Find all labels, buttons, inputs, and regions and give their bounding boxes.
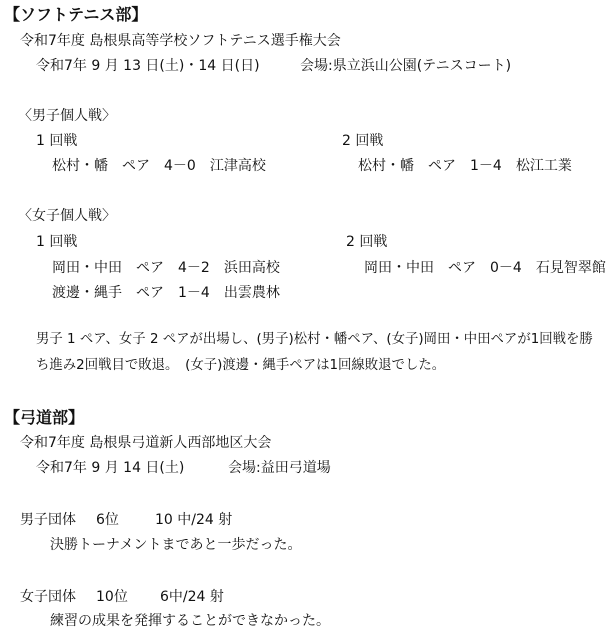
summary-line-1: 男子 1 ペア、女子 2 ペアが出場し、(男子)松村・幡ペア、(女子)岡田・中田…	[36, 331, 593, 349]
summary-line-2: ち進み2回戦目で敗退。 (女子)渡邊・縄手ペアは1回線敗退でした。	[36, 357, 445, 375]
boys-round1-match: 松村・幡 ペア 4－0 江津高校	[52, 157, 266, 175]
section-heading: 【ソフトテニス部】	[4, 6, 147, 24]
boys-team-comment: 決勝トーナメントまであと一歩だった。	[50, 536, 301, 554]
girls-team-label: 女子団体	[20, 588, 76, 606]
girls-individual-label: 〈女子個人戦〉	[18, 207, 116, 225]
boys-team-score: 10 中/24 射	[155, 511, 232, 529]
girls-team-rank: 10位	[96, 588, 128, 606]
section-heading: 【弓道部】	[4, 409, 84, 427]
boys-round1-label: 1 回戦	[36, 132, 77, 150]
boys-team-rank: 6位	[96, 511, 119, 529]
boys-round2-match: 松村・幡 ペア 1－4 松江工業	[358, 157, 572, 175]
girls-round1-match: 渡邊・縄手 ペア 1－4 出雲農林	[52, 284, 280, 302]
boys-team-label: 男子団体	[20, 511, 76, 529]
event-venue: 会場:県立浜山公園(テニスコート)	[300, 57, 511, 75]
event-title: 令和7年度 島根県高等学校ソフトテニス選手権大会	[20, 32, 341, 50]
boys-individual-label: 〈男子個人戦〉	[18, 107, 116, 125]
boys-round2-label: 2 回戦	[342, 132, 383, 150]
girls-round2-match: 岡田・中田 ペア 0－4 石見智翠館	[364, 259, 606, 277]
event-title: 令和7年度 島根県弓道新人西部地区大会	[20, 434, 271, 452]
girls-team-comment: 練習の成果を発揮することができなかった。	[50, 612, 330, 630]
girls-round1-match: 岡田・中田 ペア 4－2 浜田高校	[52, 259, 280, 277]
event-venue: 会場:益田弓道場	[228, 459, 331, 477]
girls-round2-label: 2 回戦	[346, 233, 387, 251]
event-date: 令和7年 9 月 13 日(土)・14 日(日)	[36, 57, 260, 75]
girls-team-score: 6中/24 射	[160, 588, 224, 606]
event-date: 令和7年 9 月 14 日(土)	[36, 459, 184, 477]
girls-round1-label: 1 回戦	[36, 233, 77, 251]
